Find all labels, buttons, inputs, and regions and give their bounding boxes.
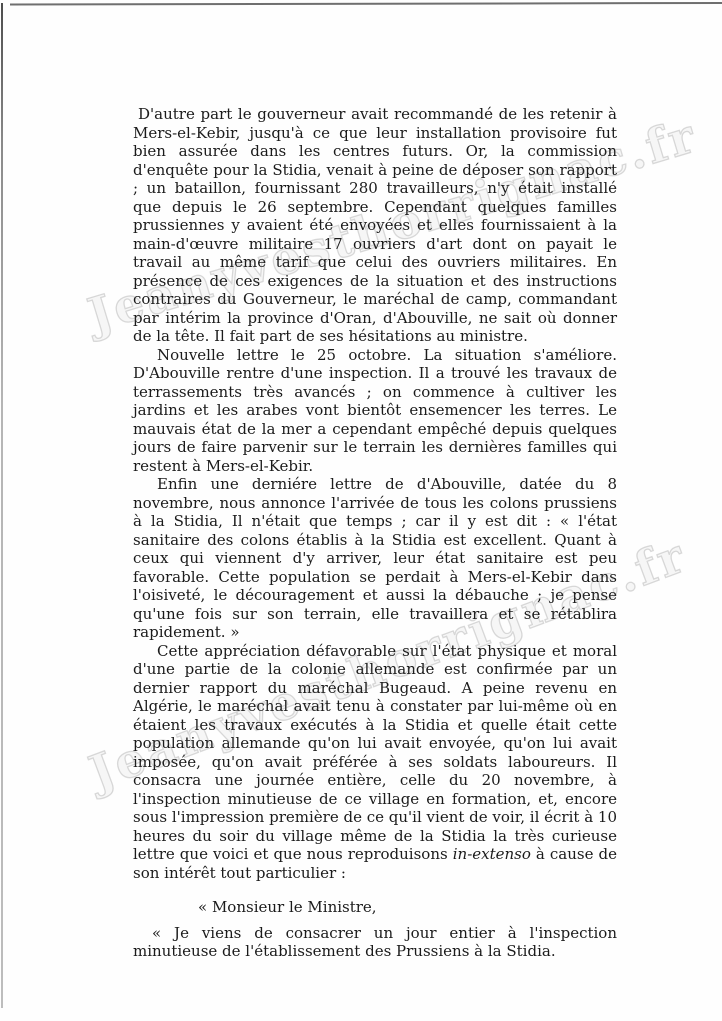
paragraph: « Monsieur le Ministre,	[133, 898, 617, 917]
text-run: D'autre part le gouverneur avait recomma…	[133, 105, 617, 345]
text-run: « Monsieur le Ministre,	[198, 898, 377, 916]
paragraph: D'autre part le gouverneur avait recomma…	[133, 105, 617, 346]
text-run: Nouvelle lettre le 25 octobre. La situat…	[133, 346, 617, 475]
paragraph: Nouvelle lettre le 25 octobre. La situat…	[133, 346, 617, 476]
italic-text-run: in-extenso	[453, 845, 531, 863]
paragraph: Cette appréciation défavorable sur l'éta…	[133, 642, 617, 883]
text-run: Enfin une derniére lettre de d'Abouville…	[133, 475, 617, 641]
text-run: Cette appréciation défavorable sur l'éta…	[133, 642, 617, 864]
paragraph: « Je viens de consacrer un jour entier à…	[133, 924, 617, 961]
scan-edge-left-line	[1, 3, 3, 1008]
text-run: « Je viens de consacrer un jour entier à…	[133, 924, 617, 961]
scanned-page: Jeanyvesthorrignac.fr Jeanyvesthorrignac…	[0, 0, 722, 1021]
page-text-block: D'autre part le gouverneur avait recomma…	[133, 105, 617, 961]
scan-edge-top-line	[10, 2, 722, 5]
paragraph: Enfin une derniére lettre de d'Abouville…	[133, 475, 617, 642]
